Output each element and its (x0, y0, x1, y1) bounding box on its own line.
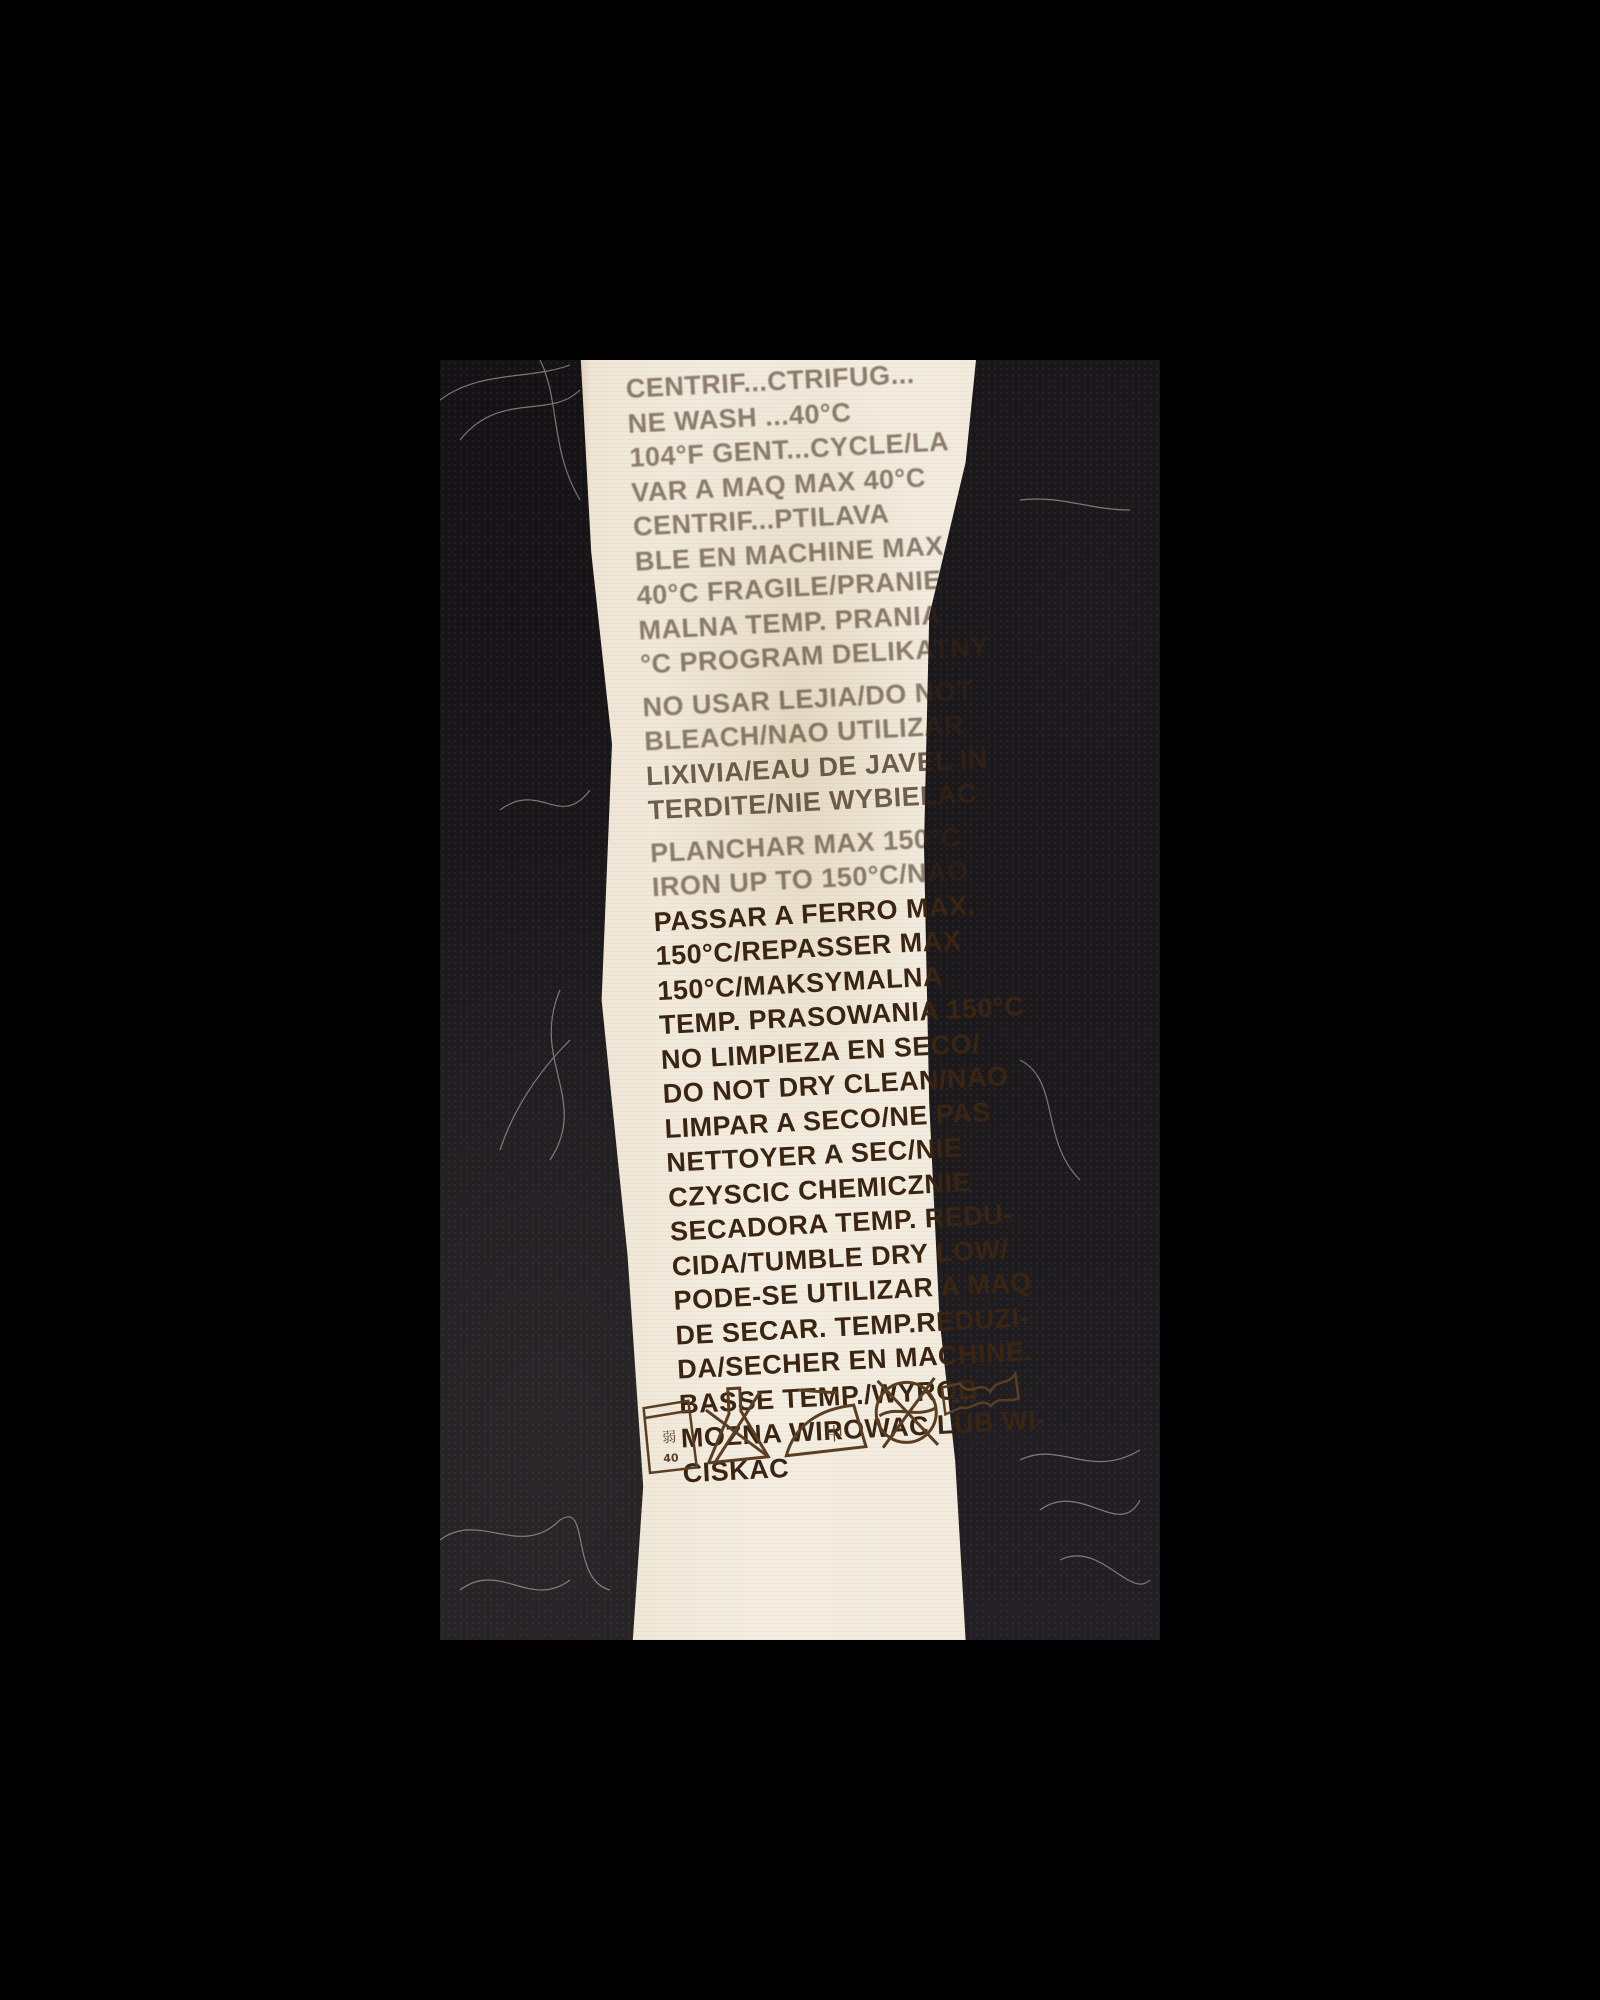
iron-medium-icon: 中 (777, 1376, 876, 1461)
svg-text:中: 中 (825, 1424, 844, 1446)
svg-text:40: 40 (663, 1451, 679, 1465)
do-not-bleach-icon (700, 1381, 779, 1470)
wring-gently-icon: ヨワク (939, 1368, 1022, 1422)
svg-text:弱: 弱 (662, 1429, 677, 1446)
care-label-text: CENTRIF...CTRIFUG... NE WASH ...40°C 104… (625, 360, 1063, 1490)
wash-tub-icon: 弱 40 (638, 1385, 703, 1478)
svg-text:ヨワク: ヨワク (950, 1395, 978, 1407)
do-not-dry-clean-icon (869, 1372, 948, 1456)
care-symbols: 弱 40 中 (638, 1372, 963, 1489)
photo-frame: CENTRIF...CTRIFUG... NE WASH ...40°C 104… (440, 360, 1160, 1640)
